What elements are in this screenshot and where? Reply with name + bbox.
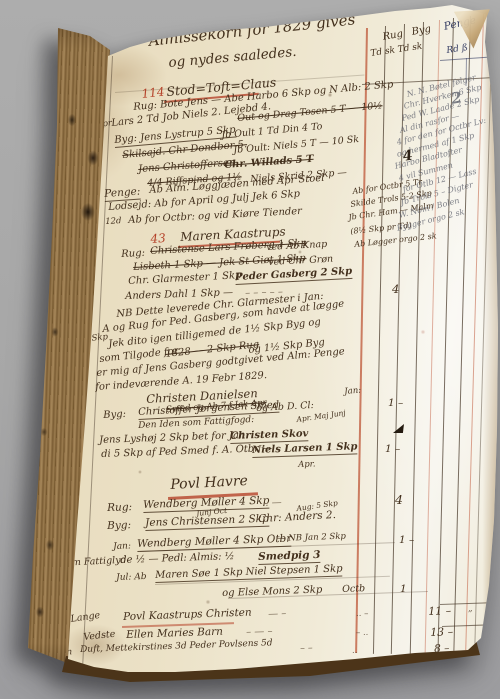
page-title-line1: Almissekorn for 1829 gives	[148, 12, 356, 49]
column-rule-6	[474, 14, 493, 652]
bottom-row1-name: Povl Kaastrups Christen	[123, 608, 252, 623]
bottom-row1-dashes: — –	[268, 609, 287, 620]
column-header-byg: Byg	[411, 25, 432, 38]
entry4-line3b: Wendberg Møller 4 Skp Otbr	[137, 534, 292, 552]
entry4-column-value-1: 4	[395, 494, 403, 507]
bottom-row3-dashes: – –	[300, 644, 313, 654]
page-title-line2: og nydes saaledes.	[168, 46, 297, 71]
entry3-line1c: og Ab D. Cl:	[256, 401, 314, 414]
entry4-line1a: Rug:	[107, 502, 132, 513]
entry3-line3b: Christen Skov	[230, 429, 309, 444]
column-header-rug: Rug	[382, 29, 404, 42]
entry2-line2b: ved Chr Grøn	[268, 255, 333, 268]
column-units-money: Rd ß	[446, 44, 468, 56]
entry4-column-value-3: 1	[400, 584, 407, 595]
entry3-column-value-1: 1 –	[388, 398, 403, 409]
bottom-row2-name: Ellen Maries Barn	[126, 627, 223, 641]
column-rule-1	[373, 26, 386, 654]
entry2-line3a: Chr. Glarmester 1 Skp	[128, 271, 242, 287]
entry2-column-value: 4	[392, 284, 399, 296]
entry4-line3c: — NB Jan 2 Skp	[277, 533, 346, 544]
entry4-line4c: Smedpig 3	[258, 550, 321, 565]
marginalia-bold-4: 4	[402, 149, 414, 164]
entry4-line3a: Jan:	[113, 542, 131, 552]
column-rule-red-1	[355, 28, 368, 653]
bottom-row1-total: 11 –	[428, 605, 451, 617]
entry4-line1-dashes: .. —	[262, 498, 282, 509]
bottom-col-dashes-3: ..	[352, 647, 357, 656]
bottom-row2-total: 13 –	[430, 626, 453, 638]
entry3-jan: Jan:	[344, 387, 362, 397]
entry1-number: 114	[141, 86, 165, 100]
penge-line2-prefix: 12d	[105, 217, 122, 226]
entry2-line3b: Peder Gasberg 2 Skp	[235, 267, 353, 285]
entry2-line1a: Rug:	[121, 249, 145, 260]
bottom-row1-ditto: „	[468, 605, 473, 614]
ink-blot-1	[107, 32, 119, 46]
ledger-book: Almissekorn for 1829 gives og nydes saal…	[0, 0, 500, 699]
entry3-apr: Apr.	[298, 460, 316, 469]
ink-blot-2	[121, 29, 129, 39]
entry3-line4b: Niels Larsen 1 Skp	[252, 442, 358, 458]
entry4-line6-octb: Octb	[342, 584, 365, 594]
entry2-number: 43	[150, 232, 166, 245]
entry3-line1a: Byg:	[103, 410, 126, 421]
entry4-column-value-2: 1 –	[399, 535, 414, 546]
bottom-col-dashes-1: .. –	[356, 610, 368, 619]
bottom-row3-name: Duft, Mettekirstines 3d Peder Povlsens 5…	[80, 639, 273, 655]
entry1-line5b-struck: Chr. Willads 5 T	[224, 155, 314, 171]
entry4-line2a: Byg:	[107, 520, 131, 531]
entry2-line1c: ved Ab Knap	[266, 240, 327, 253]
entry3-column-value-2: 1 –	[385, 444, 400, 455]
bottom-row2-dashes: – — –	[246, 627, 273, 638]
bottom-row1-margin: Lange	[70, 611, 101, 625]
entry4-line5a: Jul: Ab	[116, 573, 147, 583]
entry3-line4a: di 5 Skp af Ped Smed f. A. Otbr —	[101, 444, 272, 460]
entry4-title: Povl Havre	[170, 474, 248, 492]
entry4-line6: og Else Mons 2 Skp	[222, 586, 322, 599]
penge-rightnote-5: Ab Løgger orgo 2 sk	[354, 232, 437, 249]
photo-background: Almissekorn for 1829 gives og nydes saal…	[0, 0, 500, 699]
bottom-row2-margin: Vedste	[83, 630, 116, 643]
bottom-col-dashes-2: – ..	[356, 629, 368, 638]
column-units-grain: Td sk Td sk	[370, 43, 423, 59]
entry4-line4b: de ½ — Pedl: Almis: ½	[120, 552, 235, 566]
